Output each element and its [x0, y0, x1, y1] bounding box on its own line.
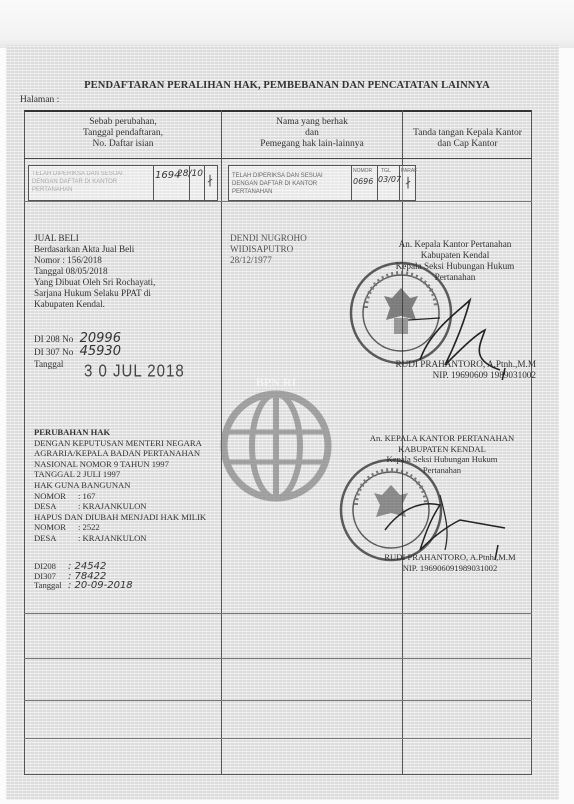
verification-stamp-right: TELAH DIPERIKSA DAN SESUAI DENGAN DAFTAR…: [228, 165, 416, 201]
verification-stamp-left: TELAH DIPERIKSA DAN SESUAI DENGAN DAFTAR…: [28, 165, 218, 201]
entry-2-cause: PERUBAHAN HAK DENGAN KEPUTUSAN MENTERI N…: [34, 427, 206, 544]
header-divider: [24, 158, 532, 159]
document-title: PENDAFTARAN PERALIHAN HAK, PEMBEBANAN DA…: [0, 80, 574, 91]
initial-mark: ∤: [207, 176, 213, 184]
row-divider: [24, 658, 532, 659]
page-label: Halaman :: [20, 95, 59, 105]
signature-1: [400, 290, 510, 380]
signature-2: [380, 490, 510, 560]
row-divider: [24, 201, 532, 202]
globe-icon: BPN RI: [208, 372, 344, 512]
entry-1-cause: JUAL BELI Berdasarkan Akta Jual Beli Nom…: [34, 233, 155, 310]
date-stamp: 3 0 JUL 2018: [84, 362, 185, 382]
scan-top-margin: [0, 0, 574, 48]
header-cause: Sebab perubahan, Tanggal pendaftaran, No…: [25, 117, 221, 150]
initial-mark: ∤: [405, 178, 411, 186]
entry-2-registry: DI208: 24542 DI307: 78422 Tanggal: 20-09…: [34, 562, 133, 591]
row-divider: [24, 738, 532, 739]
svg-text:BPN RI: BPN RI: [256, 375, 297, 389]
entry-1-holder: DENDI NUGROHO WIDISAPUTRO 28/12/1977: [230, 233, 307, 266]
header-signature: Tanda tangan Kepala Kantor dan Cap Kanto…: [403, 128, 532, 150]
header-holder: Nama yang berhak dan Pemegang hak lain-l…: [222, 117, 402, 150]
row-divider: [24, 613, 532, 614]
row-divider: [24, 700, 532, 701]
